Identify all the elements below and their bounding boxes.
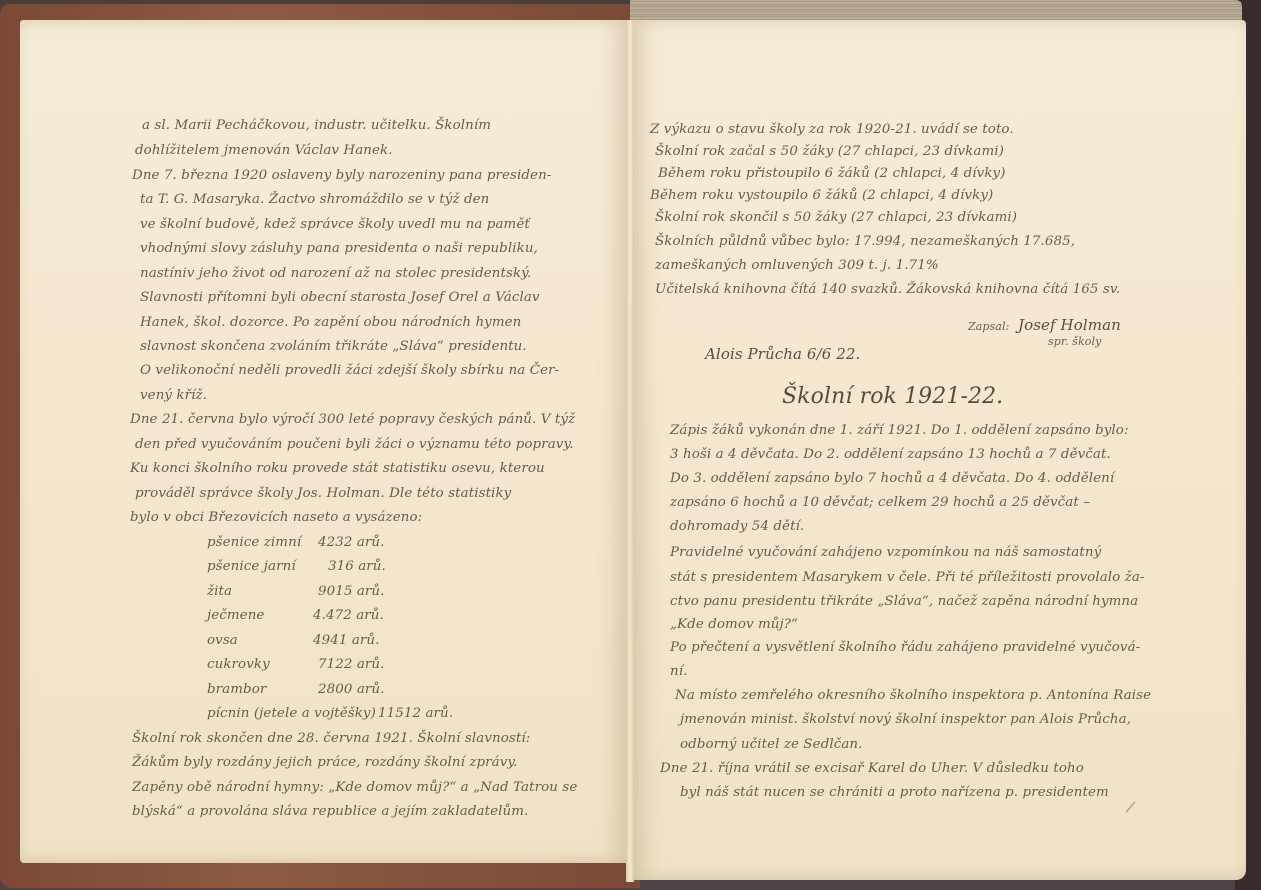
handwritten-line: nastíniv jeho život od narození až na st…	[140, 266, 531, 281]
section-heading: Školní rok 1921-22.	[782, 384, 1003, 409]
crop-value: 11512 arů.	[378, 706, 453, 721]
handwritten-line: Žákům byly rozdány jejich práce, rozdány…	[132, 755, 518, 770]
crop-value: 9015 arů.	[318, 584, 385, 599]
handwritten-line: Slavnosti přítomni byli obecní starosta …	[140, 290, 540, 305]
handwritten-line: Během roku přistoupilo 6 žáků (2 chlapci…	[658, 166, 1006, 181]
crop-name: ječmene	[207, 608, 264, 623]
handwritten-line: stát s presidentem Masarykem v čele. Při…	[670, 570, 1145, 585]
handwritten-line: Učitelská knihovna čítá 140 svazků. Žáko…	[655, 282, 1120, 297]
handwritten-line: odborný učitel ze Sedlčan.	[680, 737, 863, 752]
handwritten-line: Zápis žáků vykonán dne 1. září 1921. Do …	[670, 423, 1129, 438]
inspector-signature: Alois Průcha 6/6 22.	[705, 345, 860, 363]
handwritten-line: slavnost skončena zvoláním třikráte „Slá…	[140, 339, 527, 354]
handwritten-line: jmenován minist. školství nový školní in…	[680, 712, 1131, 727]
recorded-by-label: Zapsal:	[968, 320, 1009, 333]
handwritten-line: „Kde domov můj?“	[670, 617, 798, 632]
handwritten-line: Ku konci školního roku provede stát stat…	[130, 461, 545, 476]
handwritten-line: vený kříž.	[140, 388, 207, 403]
book-gutter	[626, 20, 634, 882]
crop-name: cukrovky	[207, 657, 270, 672]
page-stack-edge	[630, 0, 1242, 22]
handwritten-line: Během roku vystoupilo 6 žáků (2 chlapci,…	[650, 188, 993, 203]
handwritten-line: ní.	[670, 664, 687, 679]
crop-value: 4941 arů.	[313, 633, 380, 648]
handwritten-line: Dne 21. října vrátil se excisař Karel do…	[660, 761, 1084, 776]
handwritten-line: a sl. Marii Pecháčkovou, industr. učitel…	[142, 118, 491, 133]
crop-value: 4.472 arů.	[313, 608, 384, 623]
handwritten-line: Dne 21. června bylo výročí 300 leté popr…	[130, 412, 575, 427]
handwritten-line: Na místo zemřelého okresního školního in…	[675, 688, 1151, 703]
handwritten-line: den před vyučováním poučeni byli žáci o …	[135, 437, 574, 452]
handwritten-line: prováděl správce školy Jos. Holman. Dle …	[135, 486, 511, 501]
handwritten-line: dohlížitelem jmenován Václav Hanek.	[135, 143, 393, 158]
crop-name: pšenice zimní	[207, 535, 301, 550]
crop-name: pícnin (jetele a vojtěšky)	[207, 706, 376, 721]
crop-value: 7122 arů.	[318, 657, 385, 672]
handwritten-line: ve školní budově, kdež správce školy uve…	[140, 217, 530, 232]
crop-name: ovsa	[207, 633, 238, 648]
handwritten-line: Zapěny obě národní hymny: „Kde domov můj…	[132, 780, 577, 795]
handwritten-line: Z výkazu o stavu školy za rok 1920-21. u…	[650, 122, 1014, 137]
handwritten-line: Pravidelné vyučování zahájeno vzpomínkou…	[670, 545, 1101, 560]
recorded-by-title: spr. školy	[1048, 335, 1101, 348]
handwritten-line: Do 3. oddělení zapsáno bylo 7 hochů a 4 …	[670, 471, 1114, 486]
crop-name: pšenice jarní	[207, 559, 296, 574]
handwritten-line: zameškaných omluvených 309 t. j. 1.71%	[655, 258, 939, 273]
handwritten-line: Školní rok začal s 50 žáky (27 chlapci, …	[655, 144, 1004, 159]
handwritten-line: zapsáno 6 hochů a 10 děvčat; celkem 29 h…	[670, 495, 1090, 510]
handwritten-line: vhodnými slovy zásluhy pana presidenta o…	[140, 241, 538, 256]
handwritten-line: Školní rok skončen dne 28. června 1921. …	[132, 731, 530, 746]
crop-value: 2800 arů.	[318, 682, 385, 697]
handwritten-line: 3 hoši a 4 děvčata. Do 2. oddělení zapsá…	[670, 447, 1111, 462]
handwritten-line: blýská“ a provolána sláva republice a je…	[132, 804, 528, 819]
handwritten-line: Dne 7. března 1920 oslaveny byly narozen…	[132, 168, 551, 183]
handwritten-line: bylo v obci Březovicích naseto a vysázen…	[130, 510, 422, 525]
recorded-by-signature: Josef Holman	[1018, 316, 1121, 334]
handwritten-line: byl náš stát nucen se chrániti a proto n…	[680, 785, 1109, 800]
handwritten-line: ta T. G. Masaryka. Žactvo shromáždilo se…	[140, 192, 489, 207]
crop-value: 4232 arů.	[318, 535, 385, 550]
handwritten-line: ctvo panu presidentu třikráte „Sláva“, n…	[670, 594, 1138, 609]
crop-value: 316 arů.	[328, 559, 386, 574]
handwritten-line: Školní rok skončil s 50 žáky (27 chlapci…	[655, 210, 1017, 225]
crop-name: brambor	[207, 682, 266, 697]
handwritten-line: Hanek, škol. dozorce. Po zapění obou nár…	[140, 315, 521, 330]
handwritten-line: dohromady 54 dětí.	[670, 519, 804, 534]
book-spread-photo: a sl. Marii Pecháčkovou, industr. učitel…	[0, 0, 1261, 890]
handwritten-line: Po přečtení a vysvětlení školního řádu z…	[670, 640, 1140, 655]
crop-name: žita	[207, 584, 232, 599]
handwritten-line: O velikonoční neděli provedli žáci zdejš…	[140, 363, 559, 378]
handwritten-line: Školních půldnů vůbec bylo: 17.994, neza…	[655, 234, 1075, 249]
